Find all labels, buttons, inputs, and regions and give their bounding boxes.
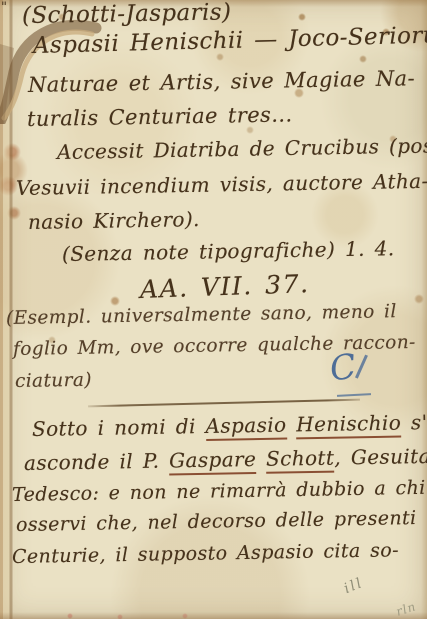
line-text: (Schotti-Jasparis) (22, 0, 232, 29)
page-bottom-edge (0, 612, 427, 619)
line-text: Naturae et Artis, sive Magiae Na- (28, 66, 415, 97)
line-text: turalis Centuriae tres... (27, 102, 293, 131)
divider-line (88, 399, 360, 408)
blue-ink-dash (337, 393, 371, 397)
line-text: Vesuvii incendium visis, auctore Atha- (16, 169, 427, 200)
line-text: Sotto i nomi di (32, 414, 206, 441)
manuscript-line: Accessit Diatriba de Crucibus (post (57, 133, 427, 164)
line-text: (Esempl. universalmente sano, meno il (6, 301, 397, 329)
line-text: asconde il P. (24, 448, 170, 475)
page-right-edge (421, 0, 427, 619)
manuscript-line: Centurie, il supposto Aspasio cita so- (12, 539, 399, 568)
line-text: nasio Kirchero). (28, 207, 200, 234)
line-text: Accessit Diatriba de Crucibus (post (57, 133, 427, 164)
manuscript-line-note: ciatura) (15, 370, 92, 392)
blue-ink-mark: C (327, 346, 358, 389)
underlined-name: Schott (266, 446, 335, 474)
line-text: , Gesuita (334, 444, 427, 470)
manuscript-line-note: (Esempl. universalmente sano, meno il (6, 301, 397, 329)
underlined-name: Aspasio (205, 413, 286, 441)
manuscript-line: turalis Centuriae tres... (27, 102, 293, 131)
pencil-annotation: ill (342, 575, 366, 597)
line-text (256, 447, 266, 471)
blue-ink-slash (355, 355, 367, 379)
corner-quote-mark: " (1, 0, 7, 15)
line-text: osservi che, nel decorso delle presenti (16, 507, 417, 536)
underlined-name: Henischio (296, 411, 401, 440)
line-text: s' (401, 410, 427, 434)
underlined-name: Gaspare (169, 447, 257, 476)
manuscript-line-note: foglio Mm, ove occorre qualche raccon- (13, 332, 416, 360)
line-text: AA. VII. 37. (139, 269, 309, 304)
line-text: Tedesco: e non ne rimarrà dubbio a chi (12, 477, 426, 506)
manuscript-line: nasio Kirchero). (28, 207, 200, 234)
line-text: Centurie, il supposto Aspasio cita so- (12, 539, 399, 568)
manuscript-line: Vesuvii incendium visis, auctore Atha- (16, 169, 427, 200)
manuscript-line: asconde il P. Gaspare Schott, Gesuita (24, 444, 427, 475)
manuscript-line-imprint: (Senza note tipografiche) 1. 4. (62, 236, 395, 266)
line-text: ciatura) (15, 370, 92, 392)
manuscript-page: " (Schotti-Jasparis) Aspasii Henischii —… (0, 0, 427, 619)
line-text: (Senza note tipografiche) 1. 4. (62, 236, 395, 266)
manuscript-line: Naturae et Artis, sive Magiae Na- (28, 66, 415, 97)
manuscript-line: Tedesco: e non ne rimarrà dubbio a chi (12, 477, 426, 506)
manuscript-line: Sotto i nomi di Aspasio Henischio s' (32, 410, 427, 441)
line-text: foglio Mm, ove occorre qualche raccon- (13, 332, 416, 360)
manuscript-line: osservi che, nel decorso delle presenti (16, 507, 417, 536)
manuscript-line-title: (Schotti-Jasparis) (22, 0, 232, 29)
shelfmark: AA. VII. 37. (139, 269, 309, 304)
